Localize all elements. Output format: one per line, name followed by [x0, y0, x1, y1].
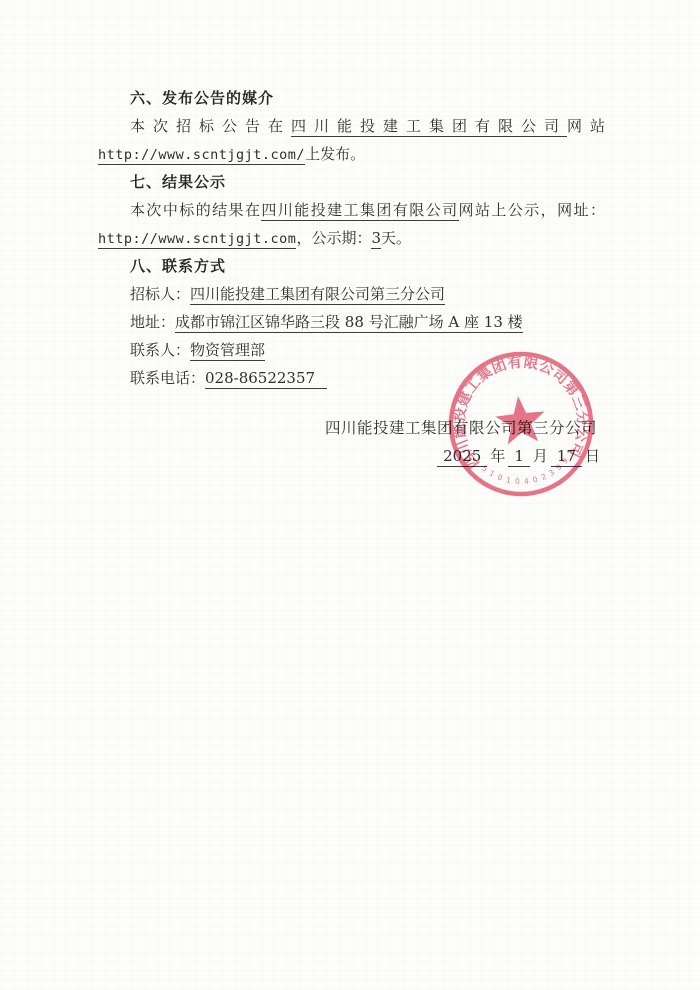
- contact-person-value: 物资管理部: [190, 341, 265, 361]
- result-paragraph-line2: http://www.scntjgjt.com，公示期：3天。: [98, 224, 605, 252]
- contact-row-person: 联系人：物资管理部: [98, 336, 605, 364]
- media-company-name: 四川能投建工集团有限公司: [291, 117, 567, 137]
- media-line1-prefix: 本次招标公告在: [130, 117, 291, 135]
- media-paragraph-line2: http://www.scntjgjt.com/上发布。: [98, 140, 605, 168]
- tenderer-label: 招标人：: [130, 285, 190, 303]
- contact-row-address: 地址：成都市锦江区锦华路三段 88 号汇融广场 A 座 13 楼: [98, 308, 605, 336]
- media-line2-suffix: 上发布。: [305, 145, 365, 163]
- contact-row-phone: 联系电话：028-86522357: [98, 364, 605, 392]
- result-company-name: 四川能投建工集团有限公司: [261, 201, 458, 221]
- document-body: 六、发布公告的媒介 本次招标公告在四川能投建工集团有限公司网站 http://w…: [98, 84, 605, 470]
- section-result-heading: 七、结果公示: [98, 168, 605, 196]
- contact-person-label: 联系人：: [130, 341, 190, 359]
- date-month: 1: [508, 447, 530, 467]
- phone-value: 028-86522357: [205, 369, 327, 389]
- media-website-url: http://www.scntjgjt.com/: [98, 147, 305, 165]
- signature-company: 四川能投建工集团有限公司第三分公司: [98, 414, 605, 442]
- date-month-label: 月: [533, 447, 548, 465]
- section-media-heading: 六、发布公告的媒介: [98, 84, 605, 112]
- date-year: 2025: [437, 447, 487, 467]
- tenderer-value: 四川能投建工集团有限公司第三分公司: [190, 285, 445, 305]
- address-value: 成都市锦江区锦华路三段 88 号汇融广场 A 座 13 楼: [175, 313, 523, 333]
- signature-date: 2025年1月17日: [98, 442, 605, 470]
- section-contact-heading: 八、联系方式: [98, 252, 605, 280]
- contact-row-tenderer: 招标人：四川能投建工集团有限公司第三分公司: [98, 280, 605, 308]
- address-label: 地址：: [130, 313, 175, 331]
- date-year-label: 年: [490, 447, 505, 465]
- result-line1-prefix: 本次中标的结果在: [130, 201, 261, 219]
- result-website-url: http://www.scntjgjt.com: [98, 231, 296, 249]
- date-day: 17: [551, 447, 582, 467]
- date-day-label: 日: [585, 447, 600, 465]
- result-line2-suffix: 天。: [381, 229, 411, 247]
- result-line2-mid: ，公示期：: [296, 229, 371, 247]
- scanned-document-page: 六、发布公告的媒介 本次招标公告在四川能投建工集团有限公司网站 http://w…: [0, 0, 700, 990]
- media-paragraph-line1: 本次招标公告在四川能投建工集团有限公司网站: [98, 112, 605, 140]
- result-line1-suffix: 网站上公示，网址：: [459, 201, 605, 219]
- media-line1-suffix: 网站: [567, 117, 605, 135]
- result-paragraph-line1: 本次中标的结果在四川能投建工集团有限公司网站上公示，网址：: [98, 196, 605, 224]
- publicity-period-days: 3: [371, 229, 381, 249]
- phone-label: 联系电话：: [130, 369, 205, 387]
- signature-block: 四川能投建工集团有限公司第三分公司 2025年1月17日: [98, 414, 605, 470]
